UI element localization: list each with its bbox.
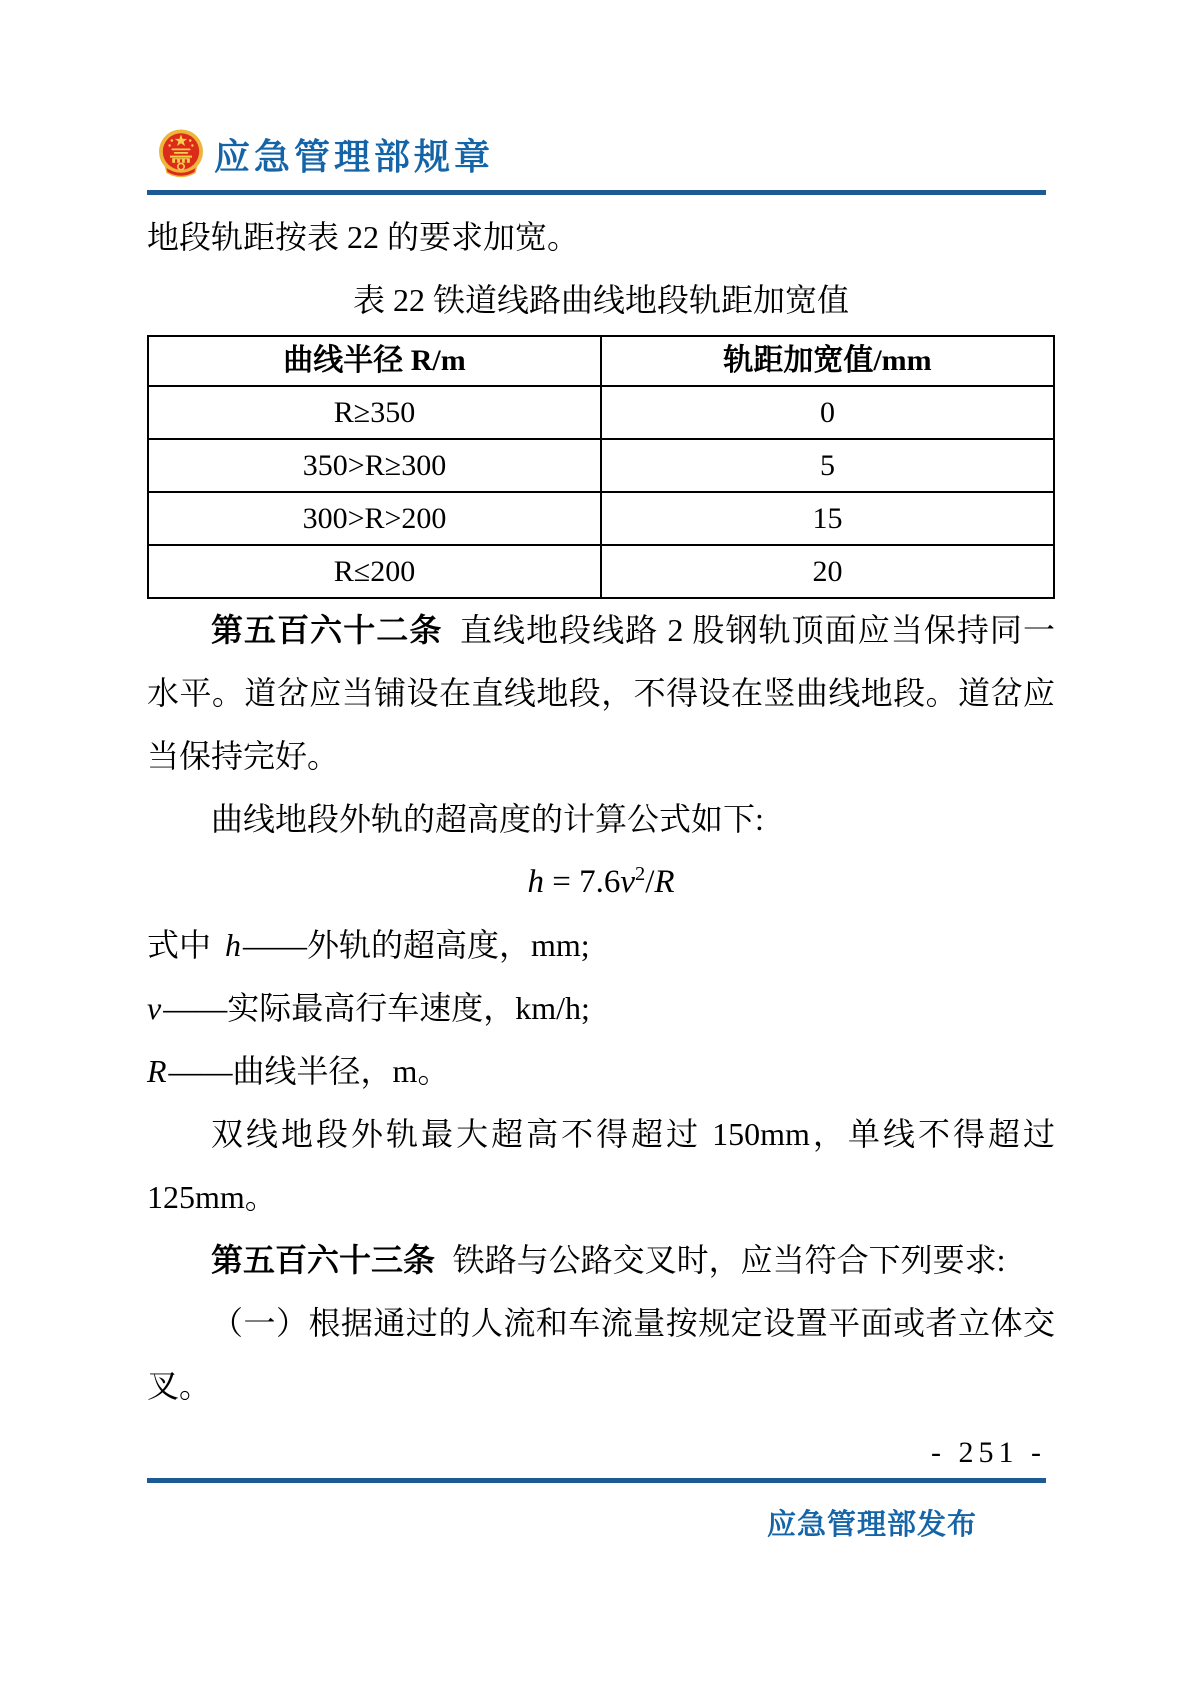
formula-h: h <box>527 864 544 900</box>
table-row: R≥350 0 <box>148 386 1054 439</box>
column-header-widening: 轨距加宽值/mm <box>601 336 1054 386</box>
formula-v: v <box>620 864 635 900</box>
article-563-paragraph: 第五百六十三条铁路与公路交叉时，应当符合下列要求: <box>147 1229 1055 1292</box>
header-brand: 应急管理部规章 <box>158 126 1058 182</box>
table-caption: 表 22 铁道线路曲线地段轨距加宽值 <box>147 269 1055 332</box>
cell-widening: 5 <box>601 439 1054 492</box>
max-superelevation-paragraph: 双线地段外轨最大超高不得超过 150mm，单线不得超过 125mm。 <box>147 1103 1055 1229</box>
article-562-number: 第五百六十二条 <box>211 612 442 648</box>
gauge-widening-table: 曲线半径 R/m 轨距加宽值/mm R≥350 0 350>R≥300 5 30… <box>147 335 1055 599</box>
description-v: 实际最高行车速度，km/h; <box>227 990 590 1026</box>
definition-line-R: R——曲线半径，m。 <box>147 1040 1055 1103</box>
symbol-h: h <box>225 927 241 963</box>
dash: —— <box>243 927 307 963</box>
document-page: 应急管理部规章 地段轨距按表 22 的要求加宽。 表 22 铁道线路曲线地段轨距… <box>0 0 1190 1683</box>
formula-slash: / <box>645 864 654 900</box>
column-header-radius: 曲线半径 R/m <box>148 336 601 386</box>
intro-paragraph: 地段轨距按表 22 的要求加宽。 <box>147 206 1055 269</box>
formula-R: R <box>654 864 674 900</box>
symbol-R: R <box>147 1053 167 1089</box>
cell-radius: R≤200 <box>148 545 601 598</box>
formula-equals: = <box>544 864 579 900</box>
description-h: 外轨的超高度，mm; <box>307 927 590 963</box>
cell-widening: 20 <box>601 545 1054 598</box>
cell-widening: 0 <box>601 386 1054 439</box>
cell-radius: 300>R>200 <box>148 492 601 545</box>
definition-line-v: v——实际最高行车速度，km/h; <box>147 977 1055 1040</box>
table-row: 350>R≥300 5 <box>148 439 1054 492</box>
symbol-v: v <box>147 990 161 1026</box>
document-body: 地段轨距按表 22 的要求加宽。 表 22 铁道线路曲线地段轨距加宽值 曲线半径… <box>147 206 1055 1418</box>
cell-radius: 350>R≥300 <box>148 439 601 492</box>
dash: —— <box>169 1053 233 1089</box>
article-562-paragraph: 第五百六十二条直线地段线路 2 股钢轨顶面应当保持同一水平。道岔应当铺设在直线地… <box>147 599 1055 788</box>
page-title: 应急管理部规章 <box>214 129 494 180</box>
publisher-label: 应急管理部发布 <box>147 1505 977 1545</box>
item-one-paragraph: （一）根据通过的人流和车流量按规定设置平面或者立体交叉。 <box>147 1292 1055 1418</box>
definition-line-h: 式中h——外轨的超高度，mm; <box>147 914 1055 977</box>
formula-intro-paragraph: 曲线地段外轨的超高度的计算公式如下: <box>147 788 1055 851</box>
formula-coefficient: 7.6 <box>579 864 620 900</box>
dash: —— <box>163 990 227 1026</box>
superelevation-formula: h = 7.6v2/R <box>147 851 1055 914</box>
national-emblem-icon <box>158 128 204 180</box>
cell-radius: R≥350 <box>148 386 601 439</box>
header-rule <box>147 190 1046 195</box>
article-563-text: 铁路与公路交叉时，应当符合下列要求: <box>453 1242 1006 1278</box>
cell-widening: 15 <box>601 492 1054 545</box>
formula-exponent: 2 <box>635 863 645 885</box>
table-row: 300>R>200 15 <box>148 492 1054 545</box>
definitions-intro: 式中 <box>147 927 211 963</box>
table-header-row: 曲线半径 R/m 轨距加宽值/mm <box>148 336 1054 386</box>
footer-rule <box>147 1478 1046 1483</box>
article-563-number: 第五百六十三条 <box>211 1242 435 1278</box>
table-row: R≤200 20 <box>148 545 1054 598</box>
page-number: - 251 - <box>147 1436 1046 1470</box>
description-R: 曲线半径，m。 <box>233 1053 450 1089</box>
